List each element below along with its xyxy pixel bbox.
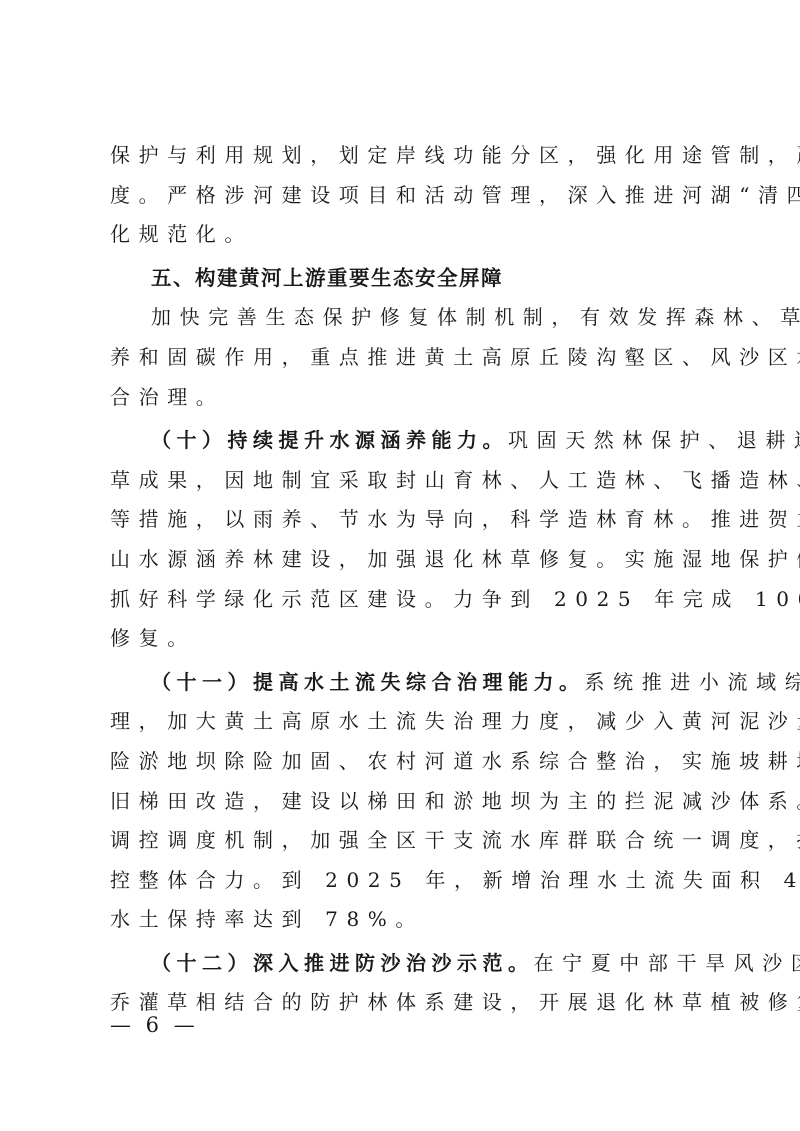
- paragraph-section-intro: 加快完善生态保护修复体制机制，有效发挥森林、草原水源涵 养和固碳作用，重点推进黄…: [110, 298, 690, 417]
- text-line: 合治理。: [110, 378, 690, 418]
- text-line: 调控调度机制，加强全区干支流水库群联合统一调度，提升水沙调: [110, 821, 690, 861]
- text-line: 控整体合力。到 2025 年，新增治理水土流失面积 4650 平方公里，: [110, 861, 690, 901]
- paragraph-item-11: （十一）提高水土流失综合治理能力。系统推进小流域综合治 理，加大黄土高原水土流失…: [110, 663, 690, 940]
- text-line: 度。严格涉河建设项目和活动管理，深入推进河湖“清四乱”常态: [110, 176, 690, 216]
- text-line: 保护与利用规划，划定岸线功能分区，强化用途管制，严控开发强: [110, 136, 690, 176]
- text-line: 养和固碳作用，重点推进黄土高原丘陵沟壑区、风沙区水土流失综: [110, 338, 690, 378]
- text-line: 化规范化。: [110, 215, 690, 255]
- text-line: （十）持续提升水源涵养能力。巩固天然林保护、退耕还林还: [110, 421, 690, 461]
- item-title: （十二）深入推进防沙治沙示范。: [151, 951, 534, 975]
- item-title: （十）持续提升水源涵养能力。: [151, 428, 508, 452]
- document-page: 保护与利用规划，划定岸线功能分区，强化用途管制，严控开发强 度。严格涉河建设项目…: [110, 136, 690, 1023]
- text-line: 等措施，以雨养、节水为导向，科学造林育林。推进贺兰山、六盘: [110, 500, 690, 540]
- text-line: 草成果，因地制宜采取封山育林、人工造林、飞播造林、种草改良: [110, 461, 690, 501]
- item-text: 在宁夏中部干旱风沙区推进: [534, 951, 800, 975]
- paragraph-item-10: （十）持续提升水源涵养能力。巩固天然林保护、退耕还林还 草成果，因地制宜采取封山…: [110, 421, 690, 659]
- text-line: 抓好科学绿化示范区建设。力争到 2025 年完成 100 万亩草原生态: [110, 580, 690, 620]
- item-text: 系统推进小流域综合治: [585, 670, 800, 694]
- page-number: — 6 —: [110, 1010, 199, 1040]
- text-line: （十一）提高水土流失综合治理能力。系统推进小流域综合治: [110, 663, 690, 703]
- text-line: 修复。: [110, 619, 690, 659]
- text-line: 加快完善生态保护修复体制机制，有效发挥森林、草原水源涵: [110, 298, 690, 338]
- item-title: （十一）提高水土流失综合治理能力。: [151, 670, 585, 694]
- section-heading: 五、构建黄河上游重要生态安全屏障: [110, 259, 690, 299]
- text-line: 险淤地坝除险加固、农村河道水系综合整治，实施坡耕地整治、老: [110, 742, 690, 782]
- paragraph-river-shoreline: 保护与利用规划，划定岸线功能分区，强化用途管制，严控开发强 度。严格涉河建设项目…: [110, 136, 690, 255]
- item-text: 巩固天然林保护、退耕还林还: [508, 428, 800, 452]
- text-line: 水土保持率达到 78%。: [110, 900, 690, 940]
- text-line: （十二）深入推进防沙治沙示范。在宁夏中部干旱风沙区推进: [110, 944, 690, 984]
- text-line: 理，加大黄土高原水土流失治理力度，减少入黄河泥沙量。加强病: [110, 702, 690, 742]
- text-line: 山水源涵养林建设，加强退化林草修复。实施湿地保护修复工程，: [110, 540, 690, 580]
- text-line: 旧梯田改造，建设以梯田和淤地坝为主的拦泥减沙体系。优化水沙: [110, 782, 690, 822]
